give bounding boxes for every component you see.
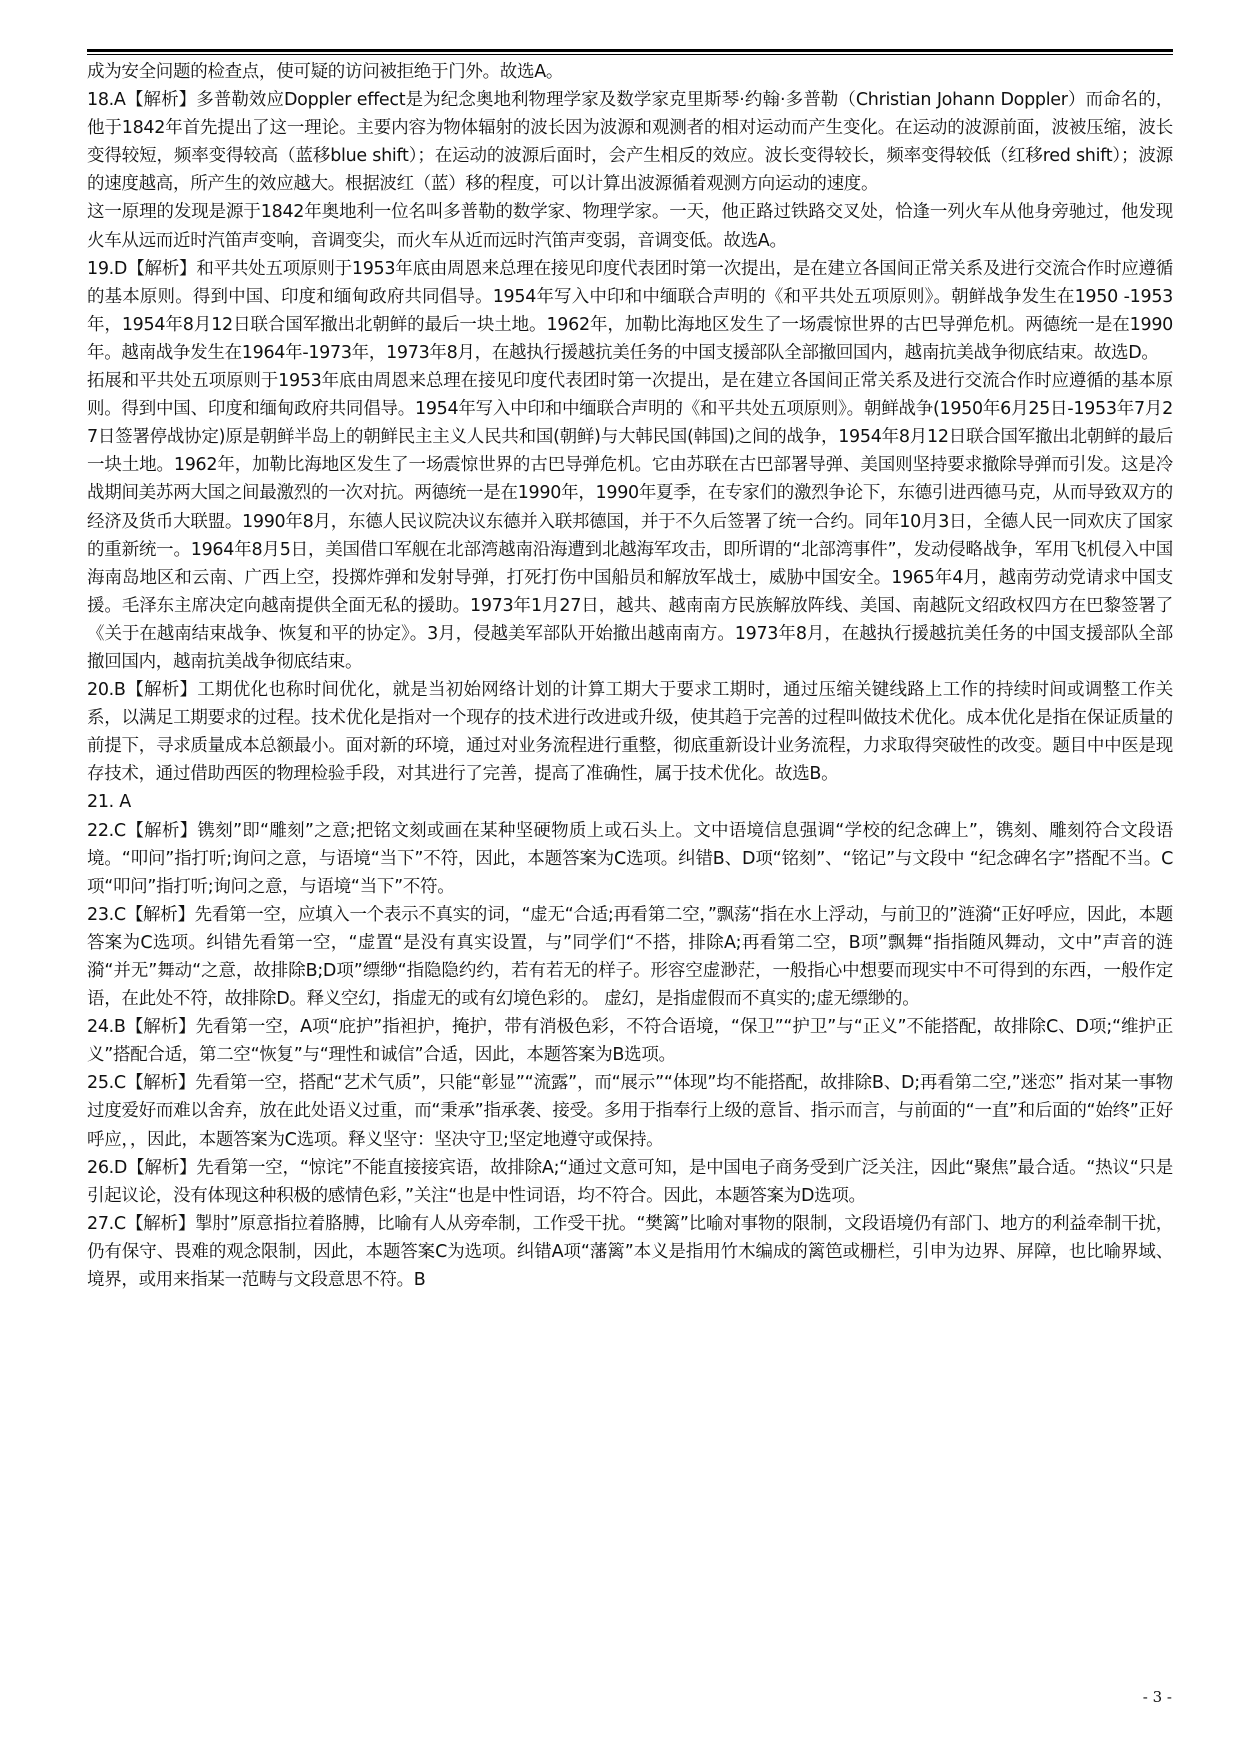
- page-number: - 3 -: [1112, 1688, 1172, 1706]
- answer-21: 21. A: [87, 788, 1173, 816]
- paragraph-continuation-17: 成为安全问题的检查点，使可疑的访问被拒绝于门外。故选A。: [87, 58, 1173, 86]
- answer-25: 25.C【解析】先看第一空，搭配“艺术气质”，只能“彰显”“流露”，而“展示”“…: [87, 1069, 1173, 1153]
- answer-24: 24.B【解析】先看第一空，A项“庇护”指袒护，掩护，带有消极色彩，不符合语境，…: [87, 1013, 1173, 1069]
- answer-20: 20.B【解析】工期优化也称时间优化，就是当初始网络计划的计算工期大于要求工期时…: [87, 676, 1173, 788]
- answer-23: 23.C【解析】先看第一空，应填入一个表示不真实的词，“虚无“合适;再看第二空，…: [87, 901, 1173, 1013]
- answer-22: 22.C【解析】镌刻”即“雕刻”之意;把铭文刻或画在某种坚硬物质上或石头上。文中…: [87, 817, 1173, 901]
- answer-18-continued: 这一原理的发现是源于1842年奥地利一位名叫多普勒的数学家、物理学家。一天，他正…: [87, 198, 1173, 254]
- document-body: 成为安全问题的检查点，使可疑的访问被拒绝于门外。故选A。 18.A【解析】多普勒…: [87, 58, 1173, 1294]
- answer-19: 19.D【解析】和平共处五项原则于1953年底由周恩来总理在接见印度代表团时第一…: [87, 255, 1173, 367]
- answer-26: 26.D【解析】先看第一空，“惊诧”不能直接接宾语，故排除A;“通过文意可知，是…: [87, 1154, 1173, 1210]
- answer-19-extension: 拓展和平共处五项原则于1953年底由周恩来总理在接见印度代表团时第一次提出，是在…: [87, 367, 1173, 676]
- header-rule-thin: [87, 54, 1173, 55]
- answer-27: 27.C【解析】掣肘”原意指拉着胳膊，比喻有人从旁牵制，工作受干扰。“樊篱”比喻…: [87, 1210, 1173, 1294]
- header-rule-thick: [87, 49, 1173, 52]
- answer-18: 18.A【解析】多普勒效应Doppler effect是为纪念奥地利物理学家及数…: [87, 86, 1173, 198]
